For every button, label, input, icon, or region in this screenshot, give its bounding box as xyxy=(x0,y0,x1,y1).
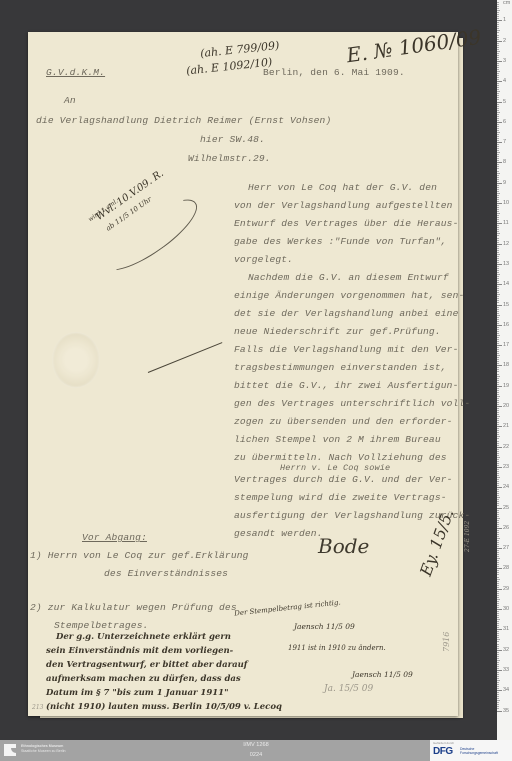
ruler-minor-tick xyxy=(497,225,499,226)
ruler-tick xyxy=(497,467,502,468)
ruler-minor-tick xyxy=(497,333,499,334)
ruler-minor-tick xyxy=(497,363,499,364)
ruler-minor-tick xyxy=(497,477,500,478)
ruler-label: 18 xyxy=(503,362,509,368)
ruler-minor-tick xyxy=(497,35,499,36)
ruler-minor-tick xyxy=(497,587,499,588)
ruler-minor-tick xyxy=(497,219,499,220)
ruler-minor-tick xyxy=(497,664,499,665)
ruler-minor-tick xyxy=(497,702,499,703)
ruler-minor-tick xyxy=(497,286,499,287)
ruler-minor-tick xyxy=(497,83,499,84)
ruler-minor-tick xyxy=(497,660,500,661)
ruler-minor-tick xyxy=(497,262,499,263)
ruler-unit: cm xyxy=(503,0,510,6)
ruler-minor-tick xyxy=(497,674,499,675)
ruler-minor-tick xyxy=(497,593,499,594)
ruler-minor-tick xyxy=(497,260,499,261)
ruler-minor-tick xyxy=(497,154,499,155)
reply-line: Der g.g. Unterzeichnete erklärt gern xyxy=(56,632,231,642)
ruler-minor-tick xyxy=(497,166,499,167)
ruler-minor-tick xyxy=(497,424,499,425)
right-note: Der Stempelbetrag ist richtig. xyxy=(234,598,341,617)
ruler-minor-tick xyxy=(497,414,499,415)
ruler-minor-tick xyxy=(497,300,499,301)
ruler-minor-tick xyxy=(497,79,499,80)
ruler-minor-tick xyxy=(497,451,499,452)
reply-line: den Vertragsentwurf, er bittet aber dara… xyxy=(46,660,247,670)
ruler-label: 33 xyxy=(503,667,509,673)
ruler-minor-tick xyxy=(497,562,499,563)
insertion-above-line: Herrn v. Le Coq sowie xyxy=(280,463,390,473)
ruler-minor-tick xyxy=(497,422,499,423)
ruler-minor-tick xyxy=(497,564,499,565)
ruler-minor-tick xyxy=(497,148,499,149)
ruler-minor-tick xyxy=(497,327,499,328)
ruler-minor-tick xyxy=(497,319,499,320)
ruler-minor-tick xyxy=(497,483,499,484)
ruler-minor-tick xyxy=(497,309,499,310)
ruler-minor-tick xyxy=(497,666,499,667)
ruler-minor-tick xyxy=(497,85,499,86)
ruler-minor-tick xyxy=(497,57,499,58)
ruler-minor-tick xyxy=(497,313,499,314)
ruler-label: 7 xyxy=(503,139,506,145)
ruler-tick xyxy=(497,609,502,610)
ruler-label: 16 xyxy=(503,322,509,328)
ruler-minor-tick xyxy=(497,71,500,72)
body-line: Vertrages durch die G.V. und der Ver- xyxy=(234,474,453,485)
ruler-minor-tick xyxy=(497,191,499,192)
ruler-label: 35 xyxy=(503,708,509,714)
ruler-minor-tick xyxy=(497,118,499,119)
ruler-minor-tick xyxy=(497,453,499,454)
ruler-label: 32 xyxy=(503,647,509,653)
ruler-tick xyxy=(497,568,502,569)
ruler-label: 29 xyxy=(503,586,509,592)
ruler-minor-tick xyxy=(497,438,499,439)
ruler-label: 27 xyxy=(503,545,509,551)
ruler-minor-tick xyxy=(497,106,499,107)
dispatch-item-1-cont: des Einverständnisses xyxy=(104,568,228,579)
scale-ruler: cm 1234567891011121314151617181920212223… xyxy=(497,0,512,740)
ruler-label: 11 xyxy=(503,220,509,226)
ruler-minor-tick xyxy=(497,16,499,17)
ruler-minor-tick xyxy=(497,443,499,444)
ruler-minor-tick xyxy=(497,536,499,537)
body-line: Nachdem die G.V. an diesem Entwurf xyxy=(248,272,449,283)
ruler-minor-tick xyxy=(497,10,500,11)
ruler-minor-tick xyxy=(497,581,499,582)
ruler-minor-tick xyxy=(497,240,499,241)
ruler-minor-tick xyxy=(497,104,499,105)
ruler-minor-tick xyxy=(497,99,499,100)
body-line: bittet die G.V., ihr zwei Ausfertigun- xyxy=(234,380,458,391)
ruler-minor-tick xyxy=(497,197,499,198)
ruler-label: 1 xyxy=(503,17,506,23)
ruler-minor-tick xyxy=(497,51,500,52)
ruler-minor-tick xyxy=(497,654,499,655)
ruler-minor-tick xyxy=(497,221,499,222)
ruler-minor-tick xyxy=(497,140,499,141)
ruler-minor-tick xyxy=(497,266,499,267)
ruler-minor-tick xyxy=(497,503,499,504)
document-page: E. № 1060/09 (ah. E 799/09) (ah. E 1092/… xyxy=(28,32,458,716)
dfg-mark: DFG xyxy=(433,746,453,757)
ruler-minor-tick xyxy=(497,469,499,470)
ruler-minor-tick xyxy=(497,546,499,547)
ruler-minor-tick xyxy=(497,615,499,616)
ruler-minor-tick xyxy=(497,207,499,208)
ruler-label: 21 xyxy=(503,423,509,429)
scan-viewport: E. № 1060/09 (ah. E 799/09) (ah. E 1092/… xyxy=(0,0,497,740)
ruler-minor-tick xyxy=(497,164,499,165)
body-line: Herr von Le Coq hat der G.V. den xyxy=(248,182,437,193)
dfg-line2: Forschungsgemeinschaft xyxy=(460,751,498,755)
ruler-minor-tick xyxy=(497,321,499,322)
ruler-minor-tick xyxy=(497,43,499,44)
ruler-minor-tick xyxy=(497,384,499,385)
ruler-minor-tick xyxy=(497,211,499,212)
ruler-minor-tick xyxy=(497,680,500,681)
ruler-minor-tick xyxy=(497,390,499,391)
ruler-minor-tick xyxy=(497,371,499,372)
address-city: hier SW.48. xyxy=(200,134,265,145)
ruler-minor-tick xyxy=(497,144,499,145)
dfg-text: Deutsche Forschungsgemeinschaft xyxy=(460,747,498,755)
ruler-minor-tick xyxy=(497,120,499,121)
ruler-minor-tick xyxy=(497,63,499,64)
place-date: Berlin, den 6. Mai 1909. xyxy=(263,67,405,78)
ruler-minor-tick xyxy=(497,168,499,169)
ruler-minor-tick xyxy=(497,392,499,393)
ruler-minor-tick xyxy=(497,30,500,31)
ruler-label: 5 xyxy=(503,99,506,105)
ruler-label: 19 xyxy=(503,383,509,389)
ruler-tick xyxy=(497,244,502,245)
ruler-minor-tick xyxy=(497,307,499,308)
ruler-minor-tick xyxy=(497,67,499,68)
ruler-minor-tick xyxy=(497,250,499,251)
body-line: gen des Vertrages unterschriftlich voll- xyxy=(234,398,470,409)
ruler-minor-tick xyxy=(497,238,499,239)
ruler-minor-tick xyxy=(497,91,500,92)
ruler-minor-tick xyxy=(497,258,499,259)
ruler-minor-tick xyxy=(497,479,499,480)
ruler-tick xyxy=(497,183,502,184)
ruler-label: 20 xyxy=(503,403,509,409)
address-recipient: die Verlagshandlung Dietrich Reimer (Ern… xyxy=(36,115,331,126)
ruler-minor-tick xyxy=(497,621,499,622)
body-line: vorgelegt. xyxy=(234,254,293,265)
ruler-minor-tick xyxy=(497,209,499,210)
ruler-minor-tick xyxy=(497,481,499,482)
ruler-minor-tick xyxy=(497,501,499,502)
ruler-minor-tick xyxy=(497,408,499,409)
ruler-minor-tick xyxy=(497,231,499,232)
ruler-minor-tick xyxy=(497,69,499,70)
ruler-minor-tick xyxy=(497,430,499,431)
ruler-minor-tick xyxy=(497,396,500,397)
margin-stamp-right-top: 27-E 1092 xyxy=(464,521,471,552)
ruler-minor-tick xyxy=(497,455,499,456)
ruler-minor-tick xyxy=(497,179,499,180)
ruler-minor-tick xyxy=(497,706,499,707)
ruler-minor-tick xyxy=(497,349,499,350)
ruler-minor-tick xyxy=(497,491,499,492)
ruler-minor-tick xyxy=(497,32,499,33)
ruler-minor-tick xyxy=(497,272,499,273)
ruler-minor-tick xyxy=(497,646,499,647)
ruler-minor-tick xyxy=(497,95,499,96)
ruler-minor-tick xyxy=(497,516,499,517)
ruler-minor-tick xyxy=(497,402,499,403)
ruler-minor-tick xyxy=(497,376,500,377)
ruler-label: 26 xyxy=(503,525,509,531)
ruler-minor-tick xyxy=(497,601,499,602)
ruler-minor-tick xyxy=(497,294,500,295)
ruler-minor-tick xyxy=(497,374,499,375)
ruler-minor-tick xyxy=(497,357,499,358)
ruler-minor-tick xyxy=(497,205,499,206)
ruler-minor-tick xyxy=(497,631,499,632)
pen-stroke xyxy=(148,342,223,373)
ruler-minor-tick xyxy=(497,278,499,279)
ruler-tick xyxy=(497,426,502,427)
ruler-minor-tick xyxy=(497,45,499,46)
ruler-minor-tick xyxy=(497,682,499,683)
right-note: 1911 ist in 1910 zu ändern. xyxy=(288,644,386,652)
ruler-minor-tick xyxy=(497,124,499,125)
ruler-minor-tick xyxy=(497,199,499,200)
ruler-minor-tick xyxy=(497,235,499,236)
ruler-tick xyxy=(497,447,502,448)
ruler-minor-tick xyxy=(497,317,499,318)
ruler-tick xyxy=(497,325,502,326)
ruler-minor-tick xyxy=(497,171,499,172)
ruler-tick xyxy=(497,690,502,691)
ruler-minor-tick xyxy=(497,146,499,147)
ruler-minor-tick xyxy=(497,558,500,559)
ruler-tick xyxy=(497,20,502,21)
embossed-seal xyxy=(52,332,100,388)
ruler-minor-tick xyxy=(497,112,500,113)
ruler-minor-tick xyxy=(497,187,499,188)
ruler-tick xyxy=(497,650,502,651)
ruler-minor-tick xyxy=(497,89,499,90)
ruler-tick xyxy=(497,589,502,590)
ruler-label: 12 xyxy=(503,241,509,247)
ruler-minor-tick xyxy=(497,662,499,663)
ruler-minor-tick xyxy=(497,512,499,513)
ruler-minor-tick xyxy=(497,597,499,598)
ruler-minor-tick xyxy=(497,623,499,624)
ruler-minor-tick xyxy=(497,246,499,247)
ruler-minor-tick xyxy=(497,343,499,344)
ruler-minor-tick xyxy=(497,704,499,705)
ruler-minor-tick xyxy=(497,394,499,395)
body-line: det sie der Verlagshandlung anbei eine xyxy=(234,308,458,319)
ruler-label: 15 xyxy=(503,302,509,308)
reference-note-2: (ah. E 1092/10) xyxy=(186,56,273,78)
margin-stamp-right-bottom: 7916 xyxy=(442,632,451,652)
ruler-minor-tick xyxy=(497,335,500,336)
ruler-minor-tick xyxy=(497,329,499,330)
ruler-minor-tick xyxy=(497,75,499,76)
ruler-minor-tick xyxy=(497,497,500,498)
ruler-minor-tick xyxy=(497,434,499,435)
ruler-minor-tick xyxy=(497,177,499,178)
sender-code: G.V.d.K.M. xyxy=(46,67,105,78)
ruler-minor-tick xyxy=(497,463,499,464)
ruler-minor-tick xyxy=(497,359,499,360)
ruler-label: 9 xyxy=(503,180,506,186)
ruler-minor-tick xyxy=(497,173,500,174)
ruler-minor-tick xyxy=(497,400,499,401)
ruler-minor-tick xyxy=(497,128,499,129)
ruler-minor-tick xyxy=(497,39,499,40)
ruler-minor-tick xyxy=(497,195,499,196)
ruler-minor-tick xyxy=(497,678,499,679)
ruler-tick xyxy=(497,203,502,204)
ruler-label: 28 xyxy=(503,565,509,571)
ruler-tick xyxy=(497,122,502,123)
ruler-minor-tick xyxy=(497,641,499,642)
ruler-minor-tick xyxy=(497,538,500,539)
ruler-minor-tick xyxy=(497,132,500,133)
ruler-minor-tick xyxy=(497,2,499,3)
ruler-label: 10 xyxy=(503,200,509,206)
ruler-minor-tick xyxy=(497,658,499,659)
ruler-tick xyxy=(497,162,502,163)
ruler-minor-tick xyxy=(497,591,499,592)
ruler-minor-tick xyxy=(497,233,500,234)
ruler-minor-tick xyxy=(497,412,499,413)
ruler-minor-tick xyxy=(497,87,499,88)
ruler-minor-tick xyxy=(497,217,499,218)
body-line: zu übermitteln. Nach Vollziehung des xyxy=(234,452,447,463)
ruler-minor-tick xyxy=(497,353,499,354)
ruler-tick xyxy=(497,670,502,671)
ruler-minor-tick xyxy=(497,514,499,515)
ruler-minor-tick xyxy=(497,524,499,525)
ruler-minor-tick xyxy=(497,355,500,356)
ruler-minor-tick xyxy=(497,150,499,151)
ruler-minor-tick xyxy=(497,428,499,429)
ruler-minor-tick xyxy=(497,644,499,645)
ruler-minor-tick xyxy=(497,229,499,230)
ruler-minor-tick xyxy=(497,156,499,157)
ruler-tick xyxy=(497,548,502,549)
ruler-minor-tick xyxy=(497,93,499,94)
reply-line: aufmerksam machen zu dürfen, dass das xyxy=(46,674,241,684)
ruler-minor-tick xyxy=(497,605,499,606)
ruler-minor-tick xyxy=(497,8,499,9)
ruler-minor-tick xyxy=(497,110,499,111)
ruler-minor-tick xyxy=(497,341,499,342)
ruler-minor-tick xyxy=(497,73,499,74)
ruler-minor-tick xyxy=(497,613,499,614)
ruler-minor-tick xyxy=(497,694,499,695)
ruler-label: 4 xyxy=(503,78,506,84)
ruler-minor-tick xyxy=(497,158,499,159)
ruler-minor-tick xyxy=(497,633,499,634)
ruler-minor-tick xyxy=(497,698,499,699)
ruler-minor-tick xyxy=(497,449,499,450)
ruler-minor-tick xyxy=(497,520,499,521)
ruler-label: 17 xyxy=(503,342,509,348)
ruler-minor-tick xyxy=(497,215,499,216)
ruler-minor-tick xyxy=(497,59,499,60)
ruler-minor-tick xyxy=(497,625,499,626)
ruler-minor-tick xyxy=(497,28,499,29)
ruler-minor-tick xyxy=(497,700,500,701)
ruler-minor-tick xyxy=(497,684,499,685)
ruler-minor-tick xyxy=(497,282,499,283)
ruler-minor-tick xyxy=(497,185,499,186)
ruler-minor-tick xyxy=(497,193,500,194)
ruler-minor-tick xyxy=(497,686,499,687)
dispatch-item-2: 2) zur Kalkulatur wegen Prüfung des xyxy=(30,602,237,613)
ruler-minor-tick xyxy=(497,432,499,433)
ruler-tick xyxy=(497,284,502,285)
ruler-label: 13 xyxy=(503,261,509,267)
ruler-minor-tick xyxy=(497,97,499,98)
ruler-minor-tick xyxy=(497,611,499,612)
ruler-minor-tick xyxy=(497,518,500,519)
ruler-minor-tick xyxy=(497,361,499,362)
ruler-tick xyxy=(497,629,502,630)
ruler-label: 14 xyxy=(503,281,509,287)
ruler-minor-tick xyxy=(497,108,499,109)
body-line: neue Niederschrift zur gef.Prüfung. xyxy=(234,326,441,337)
ruler-label: 8 xyxy=(503,159,506,165)
ruler-minor-tick xyxy=(497,556,499,557)
ruler-minor-tick xyxy=(497,572,499,573)
ruler-minor-tick xyxy=(497,540,499,541)
ruler-tick xyxy=(497,223,502,224)
ruler-minor-tick xyxy=(497,181,499,182)
body-line: gabe des Werkes :"Funde von Turfan", xyxy=(234,236,447,247)
ruler-minor-tick xyxy=(497,418,499,419)
ruler-tick xyxy=(497,386,502,387)
ruler-minor-tick xyxy=(497,459,499,460)
ruler-minor-tick xyxy=(497,292,499,293)
right-note: Jaensch 11/5 09 xyxy=(294,622,355,631)
dispatch-item-1: 1) Herrn von Le Coq zur gef.Erklärung xyxy=(30,550,249,561)
ruler-minor-tick xyxy=(497,134,499,135)
ruler-minor-tick xyxy=(497,280,499,281)
ruler-tick xyxy=(497,264,502,265)
ruler-minor-tick xyxy=(497,493,499,494)
ruler-minor-tick xyxy=(497,227,499,228)
ruler-minor-tick xyxy=(497,77,499,78)
ruler-label: 23 xyxy=(503,464,509,470)
ruler-minor-tick xyxy=(497,577,499,578)
ruler-minor-tick xyxy=(497,542,499,543)
ruler-minor-tick xyxy=(497,599,500,600)
ruler-minor-tick xyxy=(497,26,499,27)
ruler-minor-tick xyxy=(497,130,499,131)
ruler-tick xyxy=(497,142,502,143)
ruler-tick xyxy=(497,345,502,346)
ruler-minor-tick xyxy=(497,136,499,137)
ruler-label: 2 xyxy=(503,38,506,44)
ruler-minor-tick xyxy=(497,12,499,13)
ruler-minor-tick xyxy=(497,189,499,190)
ruler-minor-tick xyxy=(497,603,499,604)
ruler-minor-tick xyxy=(497,595,499,596)
